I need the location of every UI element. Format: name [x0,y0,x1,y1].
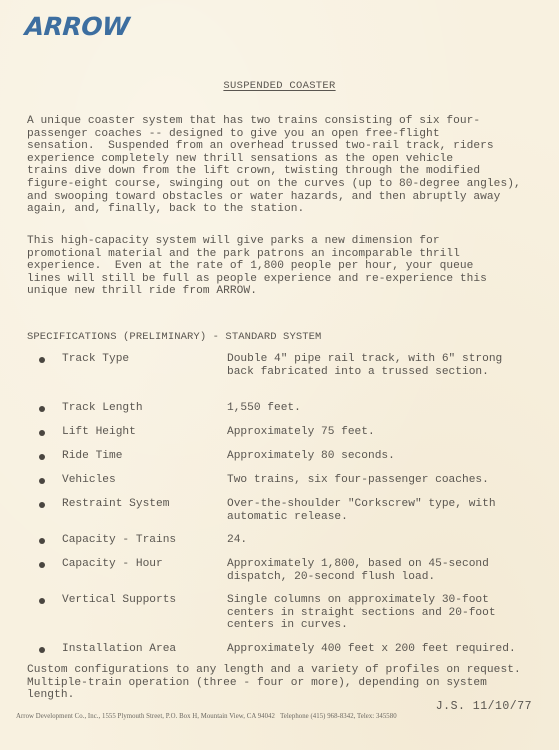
arrow-logo: ARROW [24,12,130,41]
spec-label: Installation Area [62,643,176,656]
bullet-icon [39,454,45,460]
document-title: SUSPENDED COASTER [0,80,559,92]
spec-label: Track Length [62,402,143,415]
spec-label: Ride Time [62,450,122,463]
spec-value: Double 4" pipe rail track, with 6" stron… [227,353,502,378]
company-address-footer: Arrow Development Co., Inc., 1555 Plymou… [16,713,397,720]
spec-label: Vehicles [62,474,116,487]
spec-value: Approximately 1,800, based on 45-second … [227,558,489,583]
spec-label: Restraint System [62,498,169,511]
spec-value: Approximately 80 seconds. [227,450,395,463]
spec-label: Capacity - Trains [62,534,176,547]
specifications-heading: SPECIFICATIONS (PRELIMINARY) - STANDARD … [27,331,321,343]
spec-label: Lift Height [62,426,136,439]
spec-label: Vertical Supports [62,594,176,607]
bullet-icon [39,598,45,604]
bullet-icon [39,502,45,508]
spec-value: Approximately 75 feet. [227,426,375,439]
spec-label: Track Type [62,353,129,366]
bullet-icon [39,562,45,568]
bullet-icon [39,478,45,484]
custom-config-paragraph: Custom configurations to any length and … [27,664,552,702]
signature-date: J.S. 11/10/77 [436,700,532,713]
spec-label: Capacity - Hour [62,558,163,571]
document-title-text: SUSPENDED COASTER [223,80,335,92]
intro-paragraph: A unique coaster system that has two tra… [27,115,552,216]
spec-value: Two trains, six four-passenger coaches. [227,474,489,487]
spec-value: Single columns on approximately 30-foot … [227,594,496,632]
capacity-paragraph: This high-capacity system will give park… [27,235,552,298]
spec-value: 24. [227,534,247,547]
spec-value: 1,550 feet. [227,402,301,415]
bullet-icon [39,647,45,653]
document-page: ARROW SUSPENDED COASTER A unique coaster… [0,0,559,750]
spec-value: Over-the-shoulder "Corkscrew" type, with… [227,498,496,523]
spec-value: Approximately 400 feet x 200 feet requir… [227,643,516,656]
bullet-icon [39,538,45,544]
bullet-icon [39,357,45,363]
bullet-icon [39,430,45,436]
bullet-icon [39,406,45,412]
